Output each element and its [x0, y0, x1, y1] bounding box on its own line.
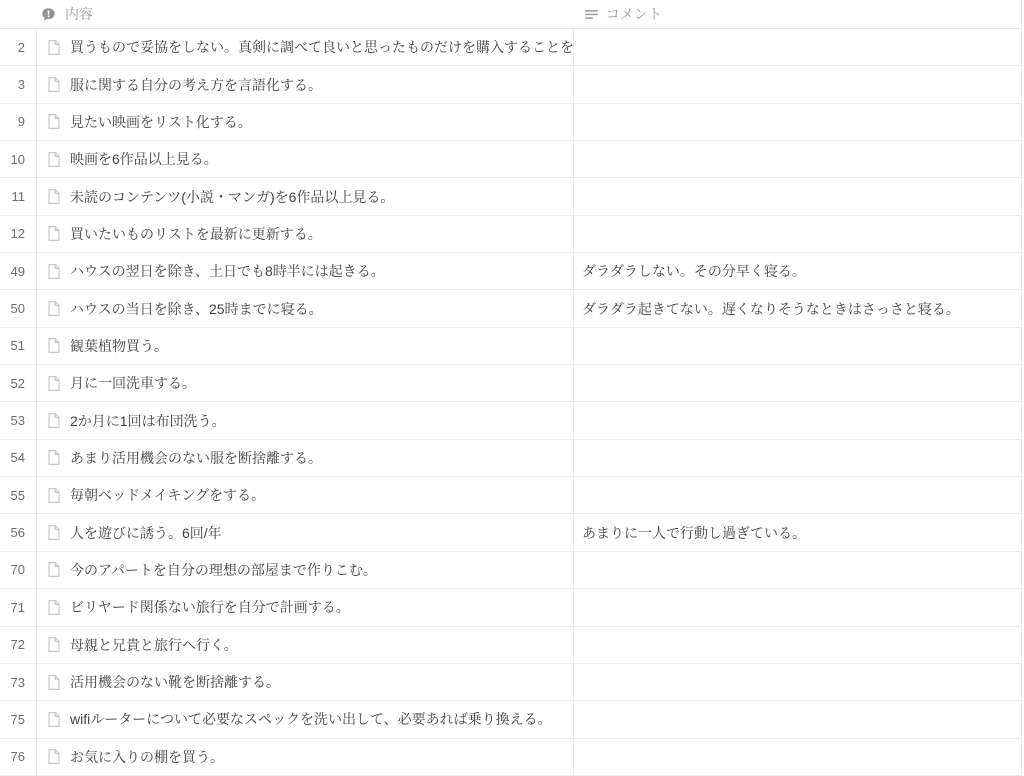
page-title: 見たい映画をリスト化する。: [70, 112, 573, 132]
page-icon: [47, 599, 61, 616]
comment-cell[interactable]: [574, 29, 1021, 65]
row-number: 50: [0, 290, 37, 326]
row-number: 76: [0, 739, 37, 775]
page-title: 買うもので妥協をしない。真剣に調べて良いと思ったものだけを購入することを: [70, 37, 573, 57]
table-row[interactable]: 75 wifiルーターについて必要なスペックを洗い出して、必要あれば乗り換える。: [0, 701, 1021, 738]
table-row[interactable]: 11 未読のコンテンツ(小説・マンガ)を6作品以上見る。: [0, 178, 1021, 215]
table-row[interactable]: 3 服に関する自分の考え方を言語化する。: [0, 66, 1021, 103]
row-number: 72: [0, 627, 37, 663]
comment-cell[interactable]: [574, 66, 1021, 102]
page-title: 母親と兄貴と旅行へ行く。: [70, 635, 573, 655]
table-row[interactable]: 50 ハウスの当日を除き、25時までに寝る。 ダラダラ起きてない。遅くなりそうな…: [0, 290, 1021, 327]
page-title: 2か月に1回は布団洗う。: [70, 411, 573, 431]
comment-cell[interactable]: ダラダラ起きてない。遅くなりそうなときはさっさと寝る。: [574, 290, 1021, 326]
table-row[interactable]: 73 活用機会のない靴を断捨離する。: [0, 664, 1021, 701]
row-number: 9: [0, 104, 37, 140]
table-row[interactable]: 56 人を遊びに誘う。6回/年 あまりに一人で行動し過ぎている。: [0, 514, 1021, 551]
content-cell[interactable]: 人を遊びに誘う。6回/年: [37, 514, 574, 550]
row-number: 12: [0, 216, 37, 252]
table-row[interactable]: 76 お気に入りの棚を買う。: [0, 739, 1021, 776]
content-cell[interactable]: 毎朝ベッドメイキングをする。: [37, 477, 574, 513]
page-title: 映画を6作品以上見る。: [70, 149, 573, 169]
page-icon: [47, 188, 61, 205]
text-lines-icon: [584, 8, 599, 21]
comment-cell[interactable]: [574, 440, 1021, 476]
content-cell[interactable]: 2か月に1回は布団洗う。: [37, 402, 574, 438]
comment-cell[interactable]: [574, 216, 1021, 252]
page-icon: [47, 524, 61, 541]
comment-cell[interactable]: [574, 141, 1021, 177]
comment-cell[interactable]: [574, 365, 1021, 401]
table-row[interactable]: 55 毎朝ベッドメイキングをする。: [0, 477, 1021, 514]
column-header-label: 内容: [65, 4, 93, 24]
table-row[interactable]: 70 今のアパートを自分の理想の部屋まで作りこむ。: [0, 552, 1021, 589]
row-number: 75: [0, 701, 37, 737]
content-cell[interactable]: 買うもので妥協をしない。真剣に調べて良いと思ったものだけを購入することを: [37, 29, 574, 65]
row-number: 71: [0, 589, 37, 625]
table-row[interactable]: 49 ハウスの翌日を除き、土日でも8時半には起きる。 ダラダラしない。その分早く…: [0, 253, 1021, 290]
title-bubble-exclamation-icon: [41, 7, 56, 22]
row-number: 54: [0, 440, 37, 476]
table-body: 2 買うもので妥協をしない。真剣に調べて良いと思ったものだけを購入することを 3…: [0, 29, 1021, 776]
row-number: 70: [0, 552, 37, 588]
page-icon: [47, 636, 61, 653]
page-icon: [47, 300, 61, 317]
content-cell[interactable]: あまり活用機会のない服を断捨離する。: [37, 440, 574, 476]
row-number: 49: [0, 253, 37, 289]
comment-cell[interactable]: [574, 178, 1021, 214]
page-title: あまり活用機会のない服を断捨離する。: [70, 448, 573, 468]
page-title: 未読のコンテンツ(小説・マンガ)を6作品以上見る。: [70, 187, 573, 207]
page-title: ハウスの当日を除き、25時までに寝る。: [70, 299, 573, 319]
content-cell[interactable]: 見たい映画をリスト化する。: [37, 104, 574, 140]
comment-cell[interactable]: あまりに一人で行動し過ぎている。: [574, 514, 1021, 550]
comment-cell[interactable]: [574, 589, 1021, 625]
content-cell[interactable]: 未読のコンテンツ(小説・マンガ)を6作品以上見る。: [37, 178, 574, 214]
page-title: 毎朝ベッドメイキングをする。: [70, 485, 573, 505]
content-cell[interactable]: お気に入りの棚を買う。: [37, 739, 574, 775]
page-icon: [47, 76, 61, 93]
page-icon: [47, 412, 61, 429]
page-title: ハウスの翌日を除き、土日でも8時半には起きる。: [70, 261, 573, 281]
page-title: お気に入りの棚を買う。: [70, 747, 573, 767]
row-number: 52: [0, 365, 37, 401]
page-icon: [47, 711, 61, 728]
page-title: 人を遊びに誘う。6回/年: [70, 523, 573, 543]
comment-cell[interactable]: [574, 739, 1021, 775]
page-icon: [47, 748, 61, 765]
row-number: 11: [0, 178, 37, 214]
page-title: 服に関する自分の考え方を言語化する。: [70, 75, 573, 95]
row-number: 51: [0, 328, 37, 364]
comment-cell[interactable]: [574, 328, 1021, 364]
comment-cell[interactable]: [574, 627, 1021, 663]
table-row[interactable]: 54 あまり活用機会のない服を断捨離する。: [0, 440, 1021, 477]
row-number: 2: [0, 29, 37, 65]
content-cell[interactable]: 月に一回洗車する。: [37, 365, 574, 401]
content-cell[interactable]: 観葉植物買う。: [37, 328, 574, 364]
table-row[interactable]: 9 見たい映画をリスト化する。: [0, 104, 1021, 141]
comment-cell[interactable]: [574, 104, 1021, 140]
comment-cell[interactable]: [574, 477, 1021, 513]
column-header-label: コメント: [606, 4, 662, 24]
row-number: 53: [0, 402, 37, 438]
table-row[interactable]: 2 買うもので妥協をしない。真剣に調べて良いと思ったものだけを購入することを: [0, 29, 1021, 66]
content-cell[interactable]: ハウスの翌日を除き、土日でも8時半には起きる。: [37, 253, 574, 289]
content-cell[interactable]: 母親と兄貴と旅行へ行く。: [37, 627, 574, 663]
table-row[interactable]: 72 母親と兄貴と旅行へ行く。: [0, 627, 1021, 664]
content-cell[interactable]: 買いたいものリストを最新に更新する。: [37, 216, 574, 252]
page-icon: [47, 113, 61, 130]
page-title: wifiルーターについて必要なスペックを洗い出して、必要あれば乗り換える。: [70, 709, 573, 729]
comment-cell[interactable]: [574, 402, 1021, 438]
content-cell[interactable]: 映画を6作品以上見る。: [37, 141, 574, 177]
table-row[interactable]: 71 ビリヤード関係ない旅行を自分で計画する。: [0, 589, 1021, 626]
content-cell[interactable]: 服に関する自分の考え方を言語化する。: [37, 66, 574, 102]
column-header-comment[interactable]: コメント: [574, 4, 1021, 24]
page-title: 買いたいものリストを最新に更新する。: [70, 224, 573, 244]
content-cell[interactable]: wifiルーターについて必要なスペックを洗い出して、必要あれば乗り換える。: [37, 701, 574, 737]
row-number: 10: [0, 141, 37, 177]
row-number: 55: [0, 477, 37, 513]
page-icon: [47, 39, 61, 56]
row-number: 73: [0, 664, 37, 700]
page-title: 観葉植物買う。: [70, 336, 573, 356]
page-title: 今のアパートを自分の理想の部屋まで作りこむ。: [70, 560, 573, 580]
page-icon: [47, 263, 61, 280]
page-icon: [47, 561, 61, 578]
page-icon: [47, 674, 61, 691]
page-icon: [47, 487, 61, 504]
content-cell[interactable]: 活用機会のない靴を断捨離する。: [37, 664, 574, 700]
page-icon: [47, 449, 61, 466]
page-title: ビリヤード関係ない旅行を自分で計画する。: [70, 597, 573, 617]
column-header-content[interactable]: 内容: [37, 4, 574, 24]
table-row[interactable]: 51 観葉植物買う。: [0, 328, 1021, 365]
comment-cell[interactable]: ダラダラしない。その分早く寝る。: [574, 253, 1021, 289]
comment-cell[interactable]: [574, 701, 1021, 737]
page-icon: [47, 225, 61, 242]
table-row[interactable]: 10 映画を6作品以上見る。: [0, 141, 1021, 178]
row-number: 3: [0, 66, 37, 102]
database-table: 内容 コメント 2 買うもので妥協をしない。真剣に調べて良いと思ったものだけ: [0, 0, 1022, 776]
comment-cell[interactable]: [574, 664, 1021, 700]
page-icon: [47, 337, 61, 354]
table-row[interactable]: 52 月に一回洗車する。: [0, 365, 1021, 402]
content-cell[interactable]: 今のアパートを自分の理想の部屋まで作りこむ。: [37, 552, 574, 588]
table-row[interactable]: 53 2か月に1回は布団洗う。: [0, 402, 1021, 439]
table-row[interactable]: 12 買いたいものリストを最新に更新する。: [0, 216, 1021, 253]
page-icon: [47, 151, 61, 168]
content-cell[interactable]: ビリヤード関係ない旅行を自分で計画する。: [37, 589, 574, 625]
row-number: 56: [0, 514, 37, 550]
page-icon: [47, 375, 61, 392]
page-title: 月に一回洗車する。: [70, 373, 573, 393]
page-title: 活用機会のない靴を断捨離する。: [70, 672, 573, 692]
table-header: 内容 コメント: [0, 0, 1021, 29]
content-cell[interactable]: ハウスの当日を除き、25時までに寝る。: [37, 290, 574, 326]
comment-cell[interactable]: [574, 552, 1021, 588]
